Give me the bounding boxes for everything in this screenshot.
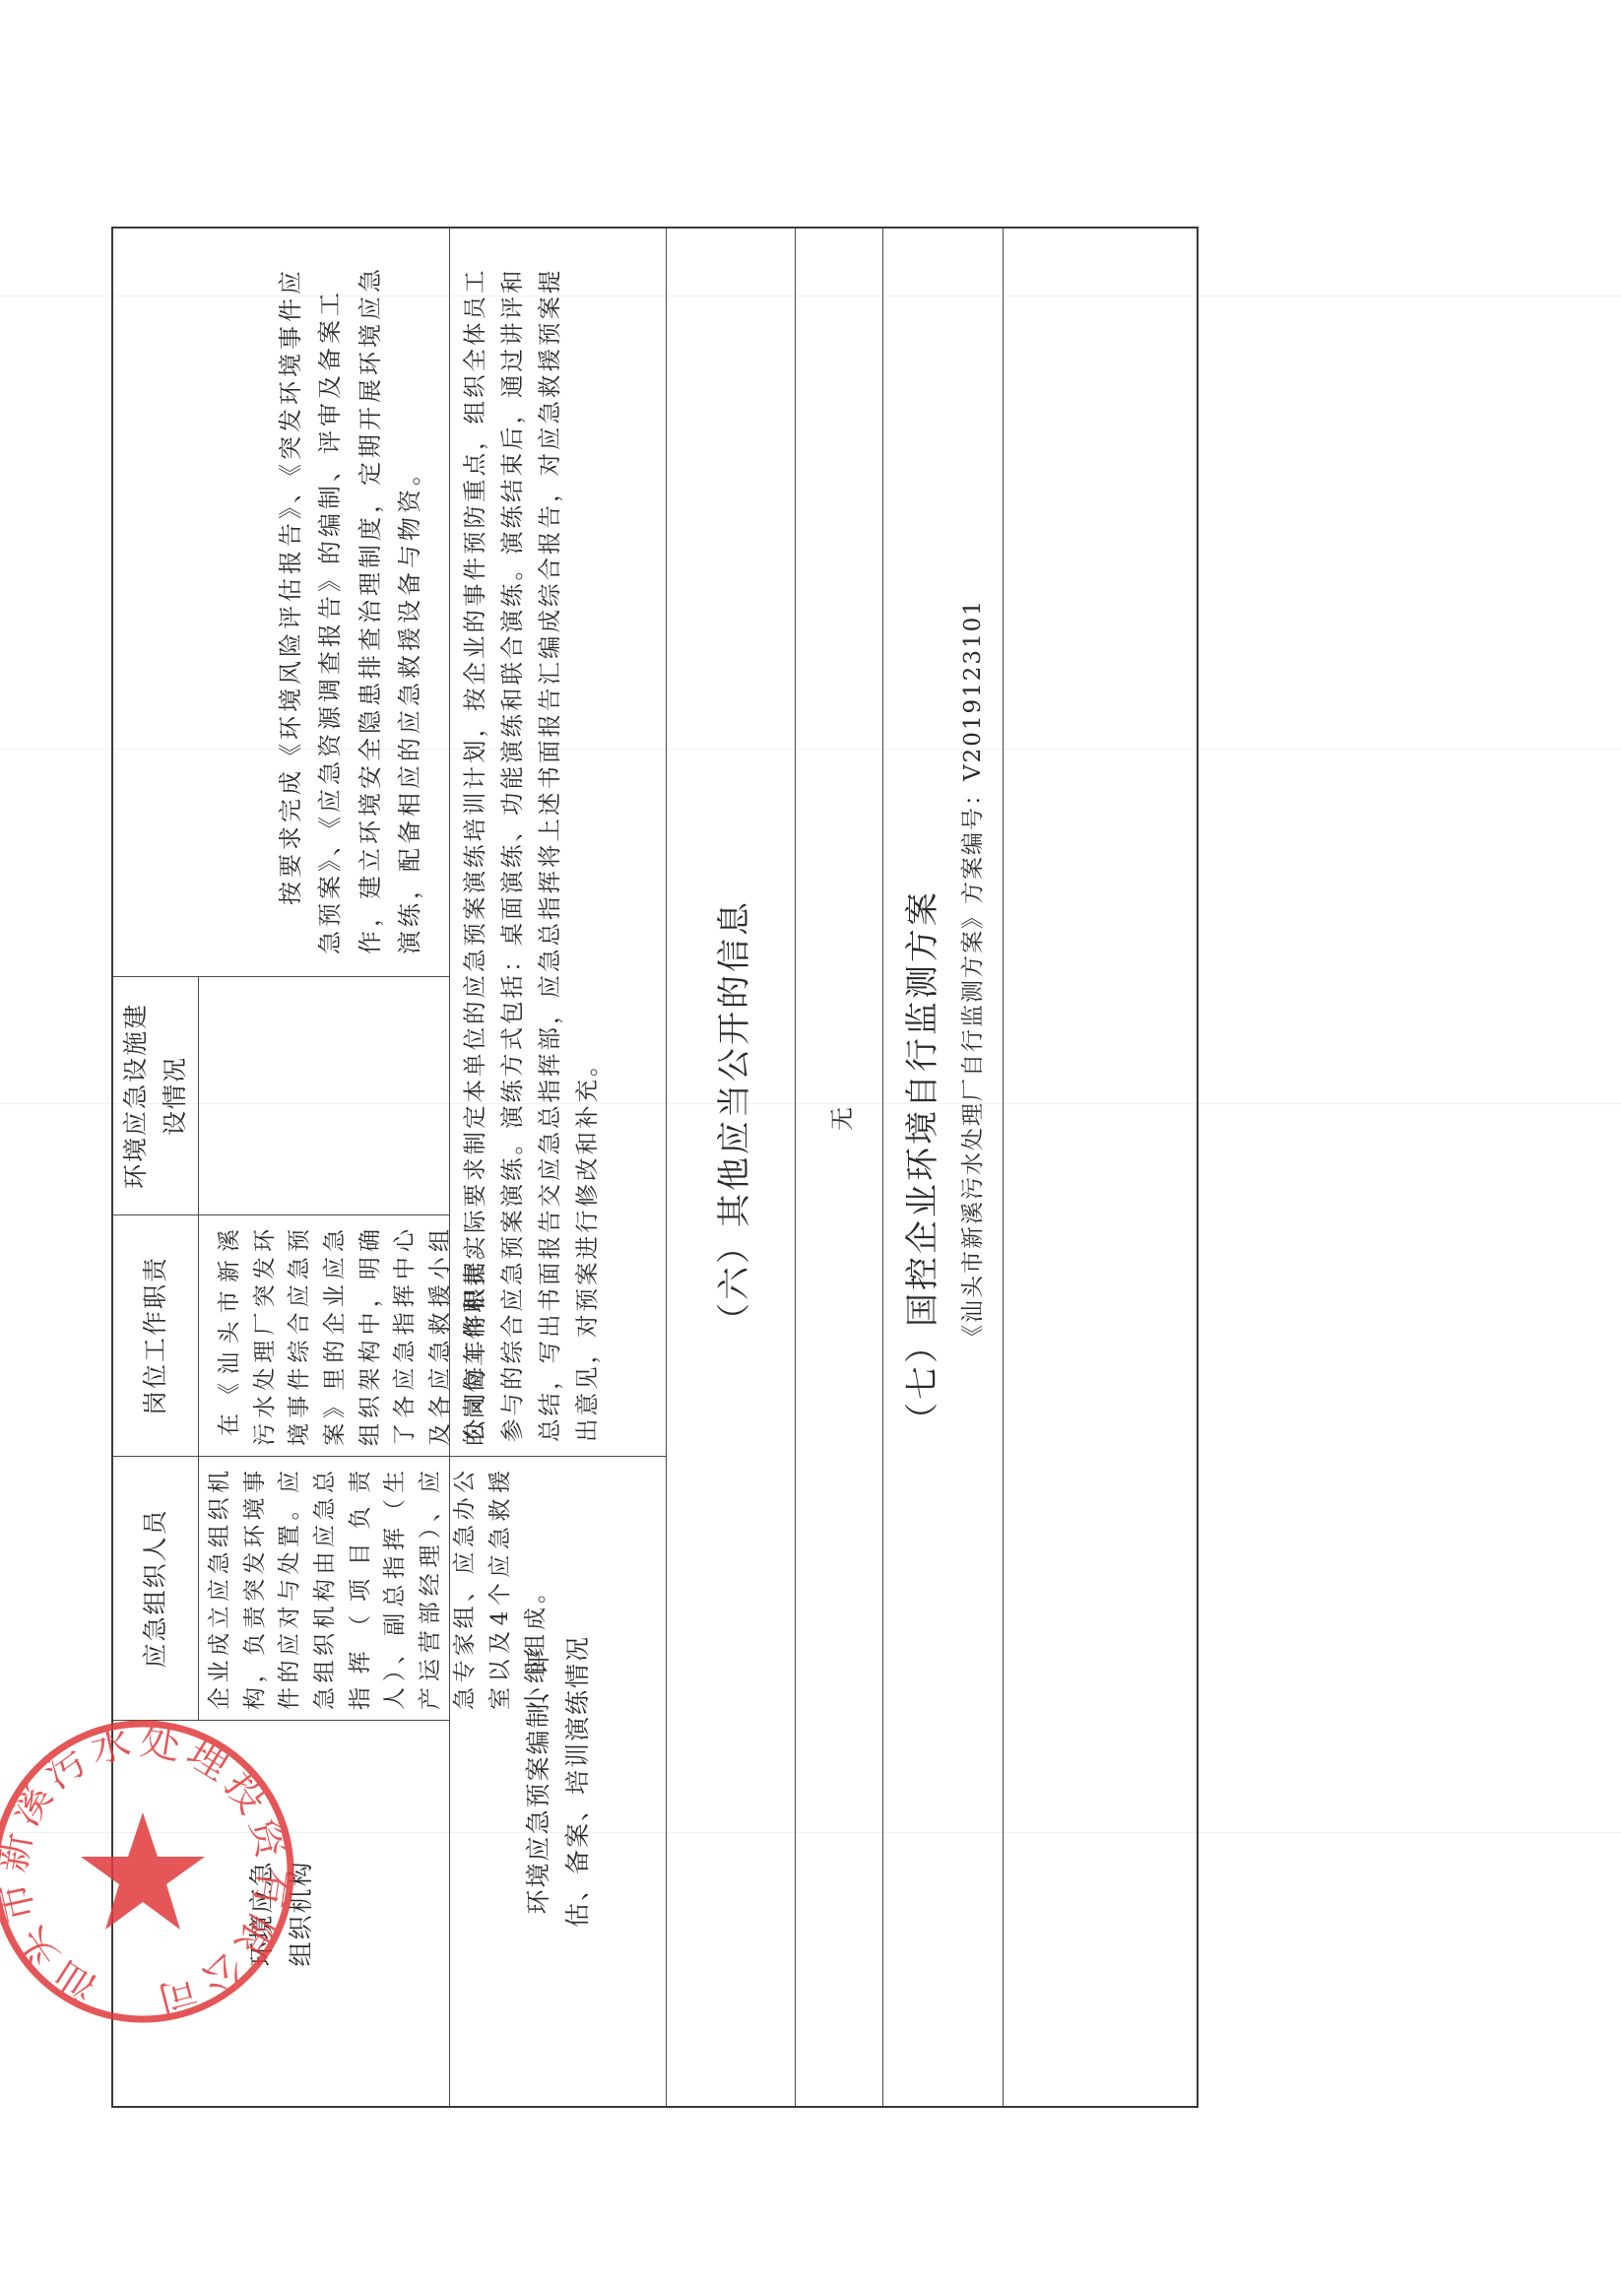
section-7-title: （七）国控企业环境自行监测方案	[895, 889, 943, 1436]
facilities-summary: 按要求完成《环境风险评估报告》、《突发环境事件应急预案》、《应急资源调查报告》的…	[113, 229, 450, 976]
section-6-title: （六）其他应当公开的信息	[707, 899, 755, 1435]
plan-drills-text: 公司每年将根据实际要求制定本单位的应急预案演练培训计划，按企业的事件预防重点，组…	[450, 229, 667, 1456]
section-6-value: 无	[822, 1105, 857, 1229]
facilities-text	[199, 976, 450, 1214]
section-6-title-cell: （六）其他应当公开的信息	[667, 229, 796, 2106]
plan-drills-label-cell: 环境应急预案编制、评估、备案、培训演练情况	[450, 1456, 667, 2106]
org-label-cell: 环境应急组织机构	[113, 1720, 450, 2106]
duties-text: 在《汕头市新溪污水处理厂突发环境事件综合应急预案》里的企业应急组织架构中，明确了…	[199, 1214, 450, 1456]
section-7-detail: 《汕头市新溪污水处理厂自行监测方案》方案编号：V2019123101	[954, 599, 987, 1347]
personnel-header: 应急组织人员	[113, 1456, 199, 1720]
facilities-header: 环境应急设施建设情况	[113, 976, 199, 1214]
section-6-value-cell: 无	[796, 229, 883, 2106]
blank-row	[1004, 229, 1197, 2106]
org-label: 环境应急组织机构	[242, 1850, 321, 1978]
duties-header: 岗位工作职责	[113, 1214, 199, 1456]
section-7-cell: （七）国控企业环境自行监测方案 《汕头市新溪污水处理厂自行监测方案》方案编号：V…	[883, 229, 1004, 2106]
rotated-page: 环境应急组织机构 应急组织人员 企业成立应急组织机构，负责突发环境事件的应对与处…	[0, 0, 1621, 2296]
personnel-text: 企业成立应急组织机构，负责突发环境事件的应对与处置。应急组织机构由应急总指挥（项…	[199, 1456, 450, 1720]
disclosure-table: 环境应急组织机构 应急组织人员 企业成立应急组织机构，负责突发环境事件的应对与处…	[111, 227, 1199, 2108]
